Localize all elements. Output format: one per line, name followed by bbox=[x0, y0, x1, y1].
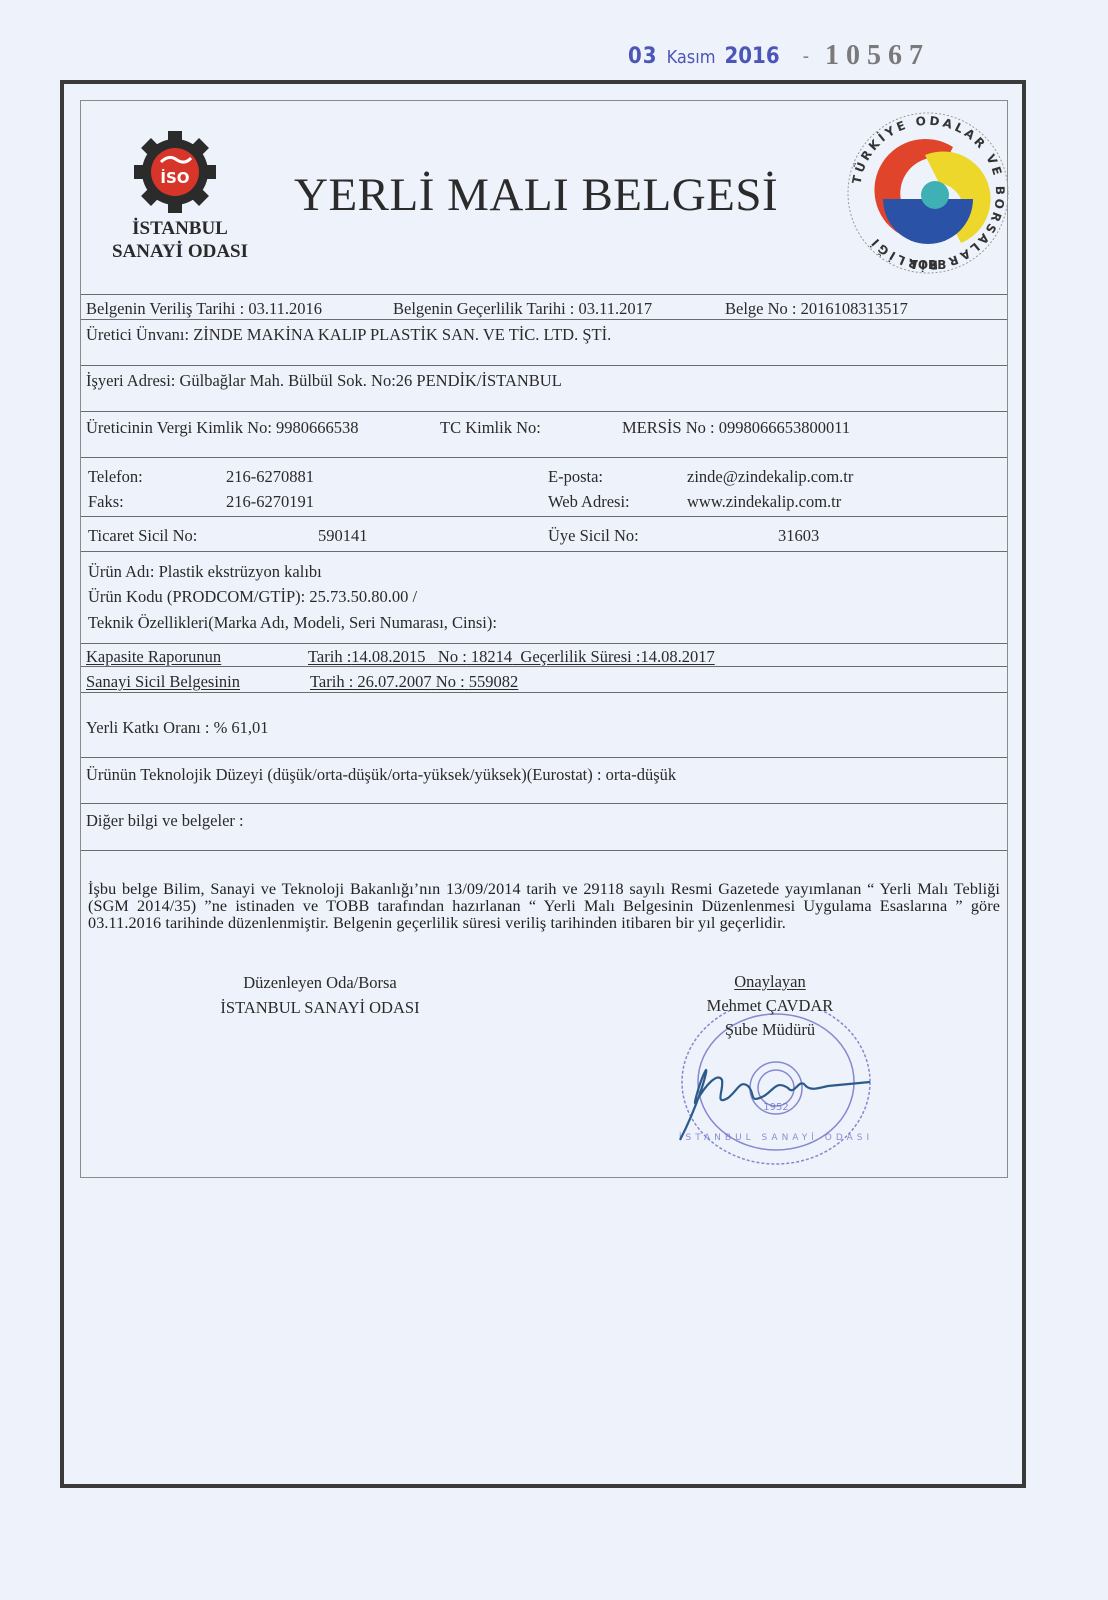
seal-text: İSTANBUL SANAYİ ODASI bbox=[679, 1132, 873, 1143]
stamp-month: Kasım bbox=[667, 47, 716, 68]
doc-no-label: Belge No : bbox=[725, 299, 797, 318]
mersis-label: MERSİS No : bbox=[622, 418, 715, 437]
divider bbox=[81, 294, 1007, 295]
web-value: www.zindekalip.com.tr bbox=[687, 492, 841, 512]
receipt-number: 10567 bbox=[825, 40, 930, 72]
mersis-value: 0998066653800011 bbox=[719, 418, 850, 437]
tech-level-field: Ürünün Teknolojik Düzeyi (düşük/orta-düş… bbox=[86, 765, 676, 785]
approver-label: Onaylayan bbox=[680, 970, 860, 994]
stamp-day: 03 bbox=[628, 44, 658, 69]
tax-no-value: 9980666538 bbox=[276, 418, 359, 437]
producer-title-value: ZİNDE MAKİNA KALIP PLASTİK SAN. VE TİC. … bbox=[193, 325, 611, 344]
product-name-label: Ürün Adı: bbox=[88, 562, 154, 581]
capacity-report-label: Kapasite Raporunun bbox=[86, 647, 221, 667]
tax-no-field: Üreticinin Vergi Kimlik No: 9980666538 bbox=[86, 418, 359, 438]
tax-no-label: Üreticinin Vergi Kimlik No: bbox=[86, 418, 272, 437]
member-reg-value: 31603 bbox=[778, 526, 819, 546]
web-label: Web Adresi: bbox=[548, 492, 630, 512]
tobb-seal-logo-icon: TÜRKİYE ODALAR VE BORSALAR BİRLİĞİ TOBB bbox=[843, 103, 1013, 283]
divider bbox=[81, 516, 1007, 517]
producer-title-label: Üretici Ünvanı: bbox=[86, 325, 189, 344]
email-value: zinde@zindekalip.com.tr bbox=[687, 467, 853, 487]
receipt-date-stamp: 03 Kasım 2016 - bbox=[628, 44, 809, 69]
issue-date-value: 03.11.2016 bbox=[248, 299, 322, 318]
approver-signature-block: Onaylayan Mehmet ÇAVDAR Şube Müdürü bbox=[680, 970, 860, 1042]
industry-no-label: No : bbox=[436, 672, 465, 691]
tc-no-field: TC Kimlik No: bbox=[440, 418, 541, 438]
product-code-field: Ürün Kodu (PRODCOM/GTİP): 25.73.50.80.00… bbox=[88, 587, 417, 607]
capacity-report-details: Tarih :14.08.2015 No : 18214 Geçerlilik … bbox=[308, 647, 715, 667]
doc-no-field: Belge No : 2016108313517 bbox=[725, 299, 908, 319]
local-ratio-label: Yerli Katkı Oranı : bbox=[86, 718, 209, 737]
industry-reg-label: Sanayi Sicil Belgesinin bbox=[86, 672, 240, 692]
trade-reg-value: 590141 bbox=[318, 526, 368, 546]
other-info-field: Diğer bilgi ve belgeler : bbox=[86, 811, 244, 831]
divider bbox=[81, 692, 1007, 693]
capacity-no-label: No : bbox=[438, 647, 467, 666]
tobb-abbr: TOBB bbox=[910, 258, 947, 272]
tech-specs-field: Teknik Özellikleri(Marka Adı, Modeli, Se… bbox=[88, 613, 497, 633]
legal-statement: İşbu belge Bilim, Sanayi ve Teknoloji Ba… bbox=[88, 881, 1000, 932]
seal-year: 1952 bbox=[763, 1102, 788, 1113]
tc-no-label: TC Kimlik No: bbox=[440, 418, 541, 437]
approver-name: Mehmet ÇAVDAR bbox=[680, 994, 860, 1018]
issue-date-field: Belgenin Veriliş Tarihi : 03.11.2016 bbox=[86, 299, 322, 319]
stamp-year: 2016 bbox=[725, 44, 780, 69]
tech-level-value: orta-düşük bbox=[606, 765, 677, 784]
divider bbox=[81, 319, 1007, 320]
iso-logo-text: İSO bbox=[160, 168, 189, 187]
producer-title-field: Üretici Ünvanı: ZİNDE MAKİNA KALIP PLAST… bbox=[86, 325, 611, 345]
doc-no-value: 2016108313517 bbox=[801, 299, 908, 318]
product-name-field: Ürün Adı: Plastik ekstrüzyon kalıbı bbox=[88, 562, 322, 582]
phone-label: Telefon: bbox=[88, 467, 143, 487]
local-ratio-field: Yerli Katkı Oranı : % 61,01 bbox=[86, 718, 269, 738]
divider bbox=[81, 757, 1007, 758]
capacity-no-value: 18214 bbox=[471, 647, 512, 666]
capacity-date-value: 14.08.2015 bbox=[351, 647, 425, 666]
phone-value: 216-6270881 bbox=[226, 467, 314, 487]
product-code-label: Ürün Kodu (PRODCOM/GTİP): bbox=[88, 587, 305, 606]
issuer-label: Düzenleyen Oda/Borsa bbox=[160, 970, 480, 995]
issuer-signature-block: Düzenleyen Oda/Borsa İSTANBUL SANAYİ ODA… bbox=[160, 970, 480, 1020]
issuer-name: İSTANBUL SANAYİ ODASI bbox=[80, 217, 280, 263]
tech-specs-label: Teknik Özellikleri(Marka Adı, Modeli, Se… bbox=[88, 613, 497, 632]
industry-no-value: 559082 bbox=[469, 672, 519, 691]
industry-date-label: Tarih : bbox=[310, 672, 353, 691]
document-title: YERLİ MALI BELGESİ bbox=[294, 168, 778, 222]
validity-date-field: Belgenin Geçerlilik Tarihi : 03.11.2017 bbox=[393, 299, 652, 319]
divider bbox=[81, 643, 1007, 644]
email-label: E-posta: bbox=[548, 467, 603, 487]
product-code-value: 25.73.50.80.00 / bbox=[309, 587, 417, 606]
issue-date-label: Belgenin Veriliş Tarihi : bbox=[86, 299, 244, 318]
local-ratio-value: % 61,01 bbox=[214, 718, 269, 737]
issuer-name-line2: SANAYİ ODASI bbox=[80, 240, 280, 263]
product-name-value: Plastik ekstrüzyon kalıbı bbox=[159, 562, 322, 581]
fax-label: Faks: bbox=[88, 492, 124, 512]
capacity-validity-label: Geçerlilik Süresi : bbox=[520, 647, 640, 666]
capacity-date-label: Tarih : bbox=[308, 647, 351, 666]
divider bbox=[81, 411, 1007, 412]
mersis-field: MERSİS No : 0998066653800011 bbox=[622, 418, 850, 438]
address-field: İşyeri Adresi: Gülbağlar Mah. Bülbül Sok… bbox=[86, 371, 562, 391]
capacity-validity-value: 14.08.2017 bbox=[640, 647, 714, 666]
divider bbox=[81, 365, 1007, 366]
address-label: İşyeri Adresi: bbox=[86, 371, 175, 390]
divider bbox=[81, 457, 1007, 458]
tech-level-label: Ürünün Teknolojik Düzeyi (düşük/orta-düş… bbox=[86, 765, 601, 784]
issuer-value: İSTANBUL SANAYİ ODASI bbox=[160, 995, 480, 1020]
industry-reg-details: Tarih : 26.07.2007 No : 559082 bbox=[310, 672, 518, 692]
approver-title: Şube Müdürü bbox=[680, 1018, 860, 1042]
divider bbox=[81, 850, 1007, 851]
validity-date-label: Belgenin Geçerlilik Tarihi : bbox=[393, 299, 574, 318]
industry-date-value: 26.07.2007 bbox=[357, 672, 431, 691]
divider bbox=[81, 803, 1007, 804]
other-info-label: Diğer bilgi ve belgeler : bbox=[86, 811, 244, 830]
divider bbox=[81, 551, 1007, 552]
member-reg-label: Üye Sicil No: bbox=[548, 526, 639, 546]
trade-reg-label: Ticaret Sicil No: bbox=[88, 526, 197, 546]
stamp-separator: - bbox=[803, 44, 810, 68]
fax-value: 216-6270191 bbox=[226, 492, 314, 512]
issuer-name-line1: İSTANBUL bbox=[80, 217, 280, 240]
validity-date-value: 03.11.2017 bbox=[579, 299, 653, 318]
iso-gear-logo-icon: İSO bbox=[133, 130, 217, 214]
address-value: Gülbağlar Mah. Bülbül Sok. No:26 PENDİK/… bbox=[179, 371, 561, 390]
